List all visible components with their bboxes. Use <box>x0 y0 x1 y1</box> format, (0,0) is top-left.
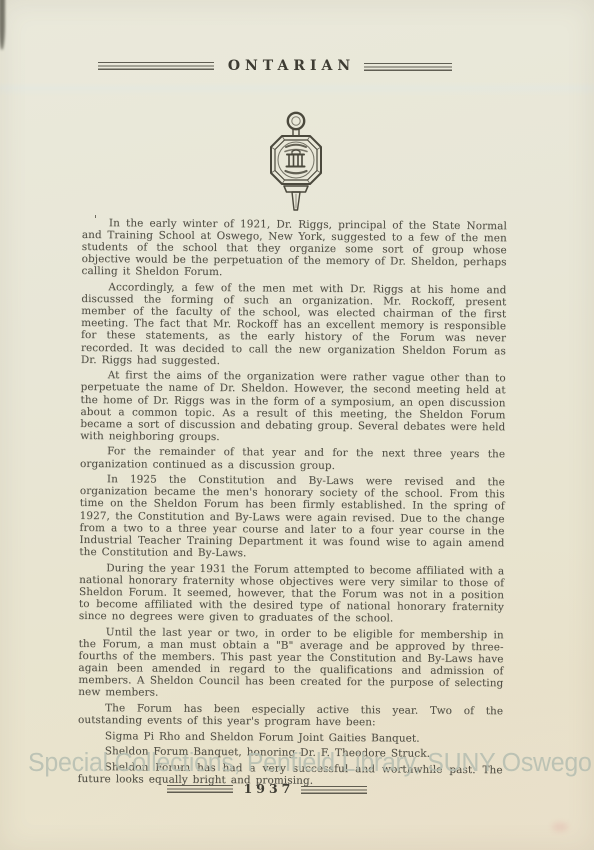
paragraph: During the year 1931 the Forum attempted… <box>79 561 504 625</box>
paragraph: At first the aims of the organization we… <box>80 369 506 445</box>
event-item: Sigma Pi Rho and Sheldon Forum Joint Gai… <box>78 729 503 744</box>
footer-year: 1937 <box>240 781 295 796</box>
paragraph: In 1925 the Constitution and By-Laws wer… <box>79 473 505 561</box>
header-rule-right <box>364 63 452 71</box>
library-watermark: Special Collections, Penfield Library, S… <box>28 749 592 778</box>
paragraph: For the remainder of that year and for t… <box>80 445 505 473</box>
paragraph: In the early winter of 1921, Dr. Riggs, … <box>82 217 507 281</box>
article-body: In the early winter of 1921, Dr. Riggs, … <box>78 217 507 792</box>
header-rule-left <box>98 62 214 70</box>
emblem-ring <box>288 113 304 129</box>
page-title: ONTARIAN <box>223 58 355 74</box>
scanned-yearbook-page: ' ONTARIAN <box>0 0 594 850</box>
scan-edge-artifact <box>0 0 5 50</box>
paragraph: Until the last year or two, in order to … <box>78 626 504 702</box>
paragraph: Accordingly, a few of the men met with D… <box>81 281 507 369</box>
paragraph: The Forum has been especially active thi… <box>78 702 503 730</box>
page-header: ONTARIAN <box>0 58 572 74</box>
page-footer: 1937 <box>0 781 564 796</box>
scan-smudge-artifact <box>552 822 568 832</box>
footer-rule-right <box>301 786 367 794</box>
footer-rule-left <box>167 785 233 793</box>
sheldon-forum-pin-emblem <box>262 109 330 213</box>
